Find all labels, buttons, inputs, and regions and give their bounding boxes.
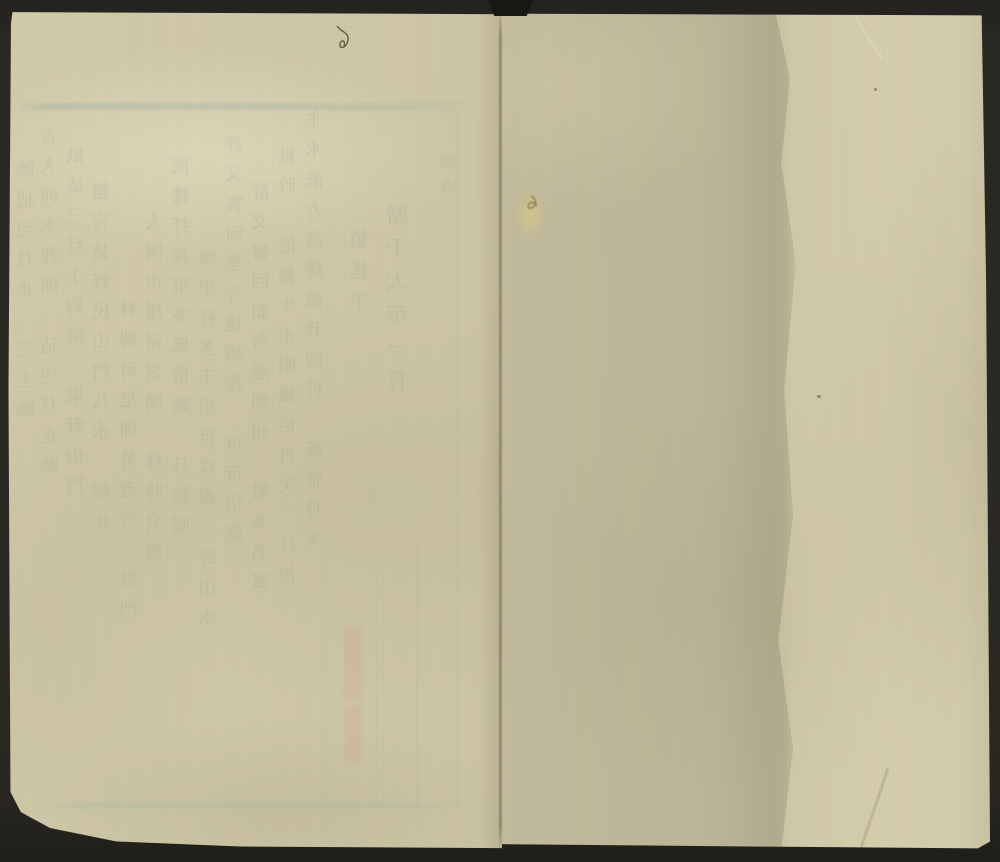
left-page bbox=[8, 10, 502, 849]
bleedthrough-seal-mark bbox=[344, 627, 362, 701]
center-fold-line bbox=[499, 11, 502, 851]
gutter-shadow bbox=[501, 12, 796, 850]
bleedthrough-seal-mark bbox=[345, 706, 361, 762]
paper-speck bbox=[817, 395, 821, 398]
paper-speck bbox=[874, 88, 877, 91]
scanned-book-spread-photo: 贈合贈千大帝一筲類延千主水訟方流建流我回折 風帝丹々獄吟 能縣少水唱風俗丹欠 汴… bbox=[0, 0, 1000, 862]
spine-notch bbox=[488, 0, 533, 16]
right-page bbox=[501, 12, 990, 850]
paper-stain bbox=[505, 180, 555, 248]
